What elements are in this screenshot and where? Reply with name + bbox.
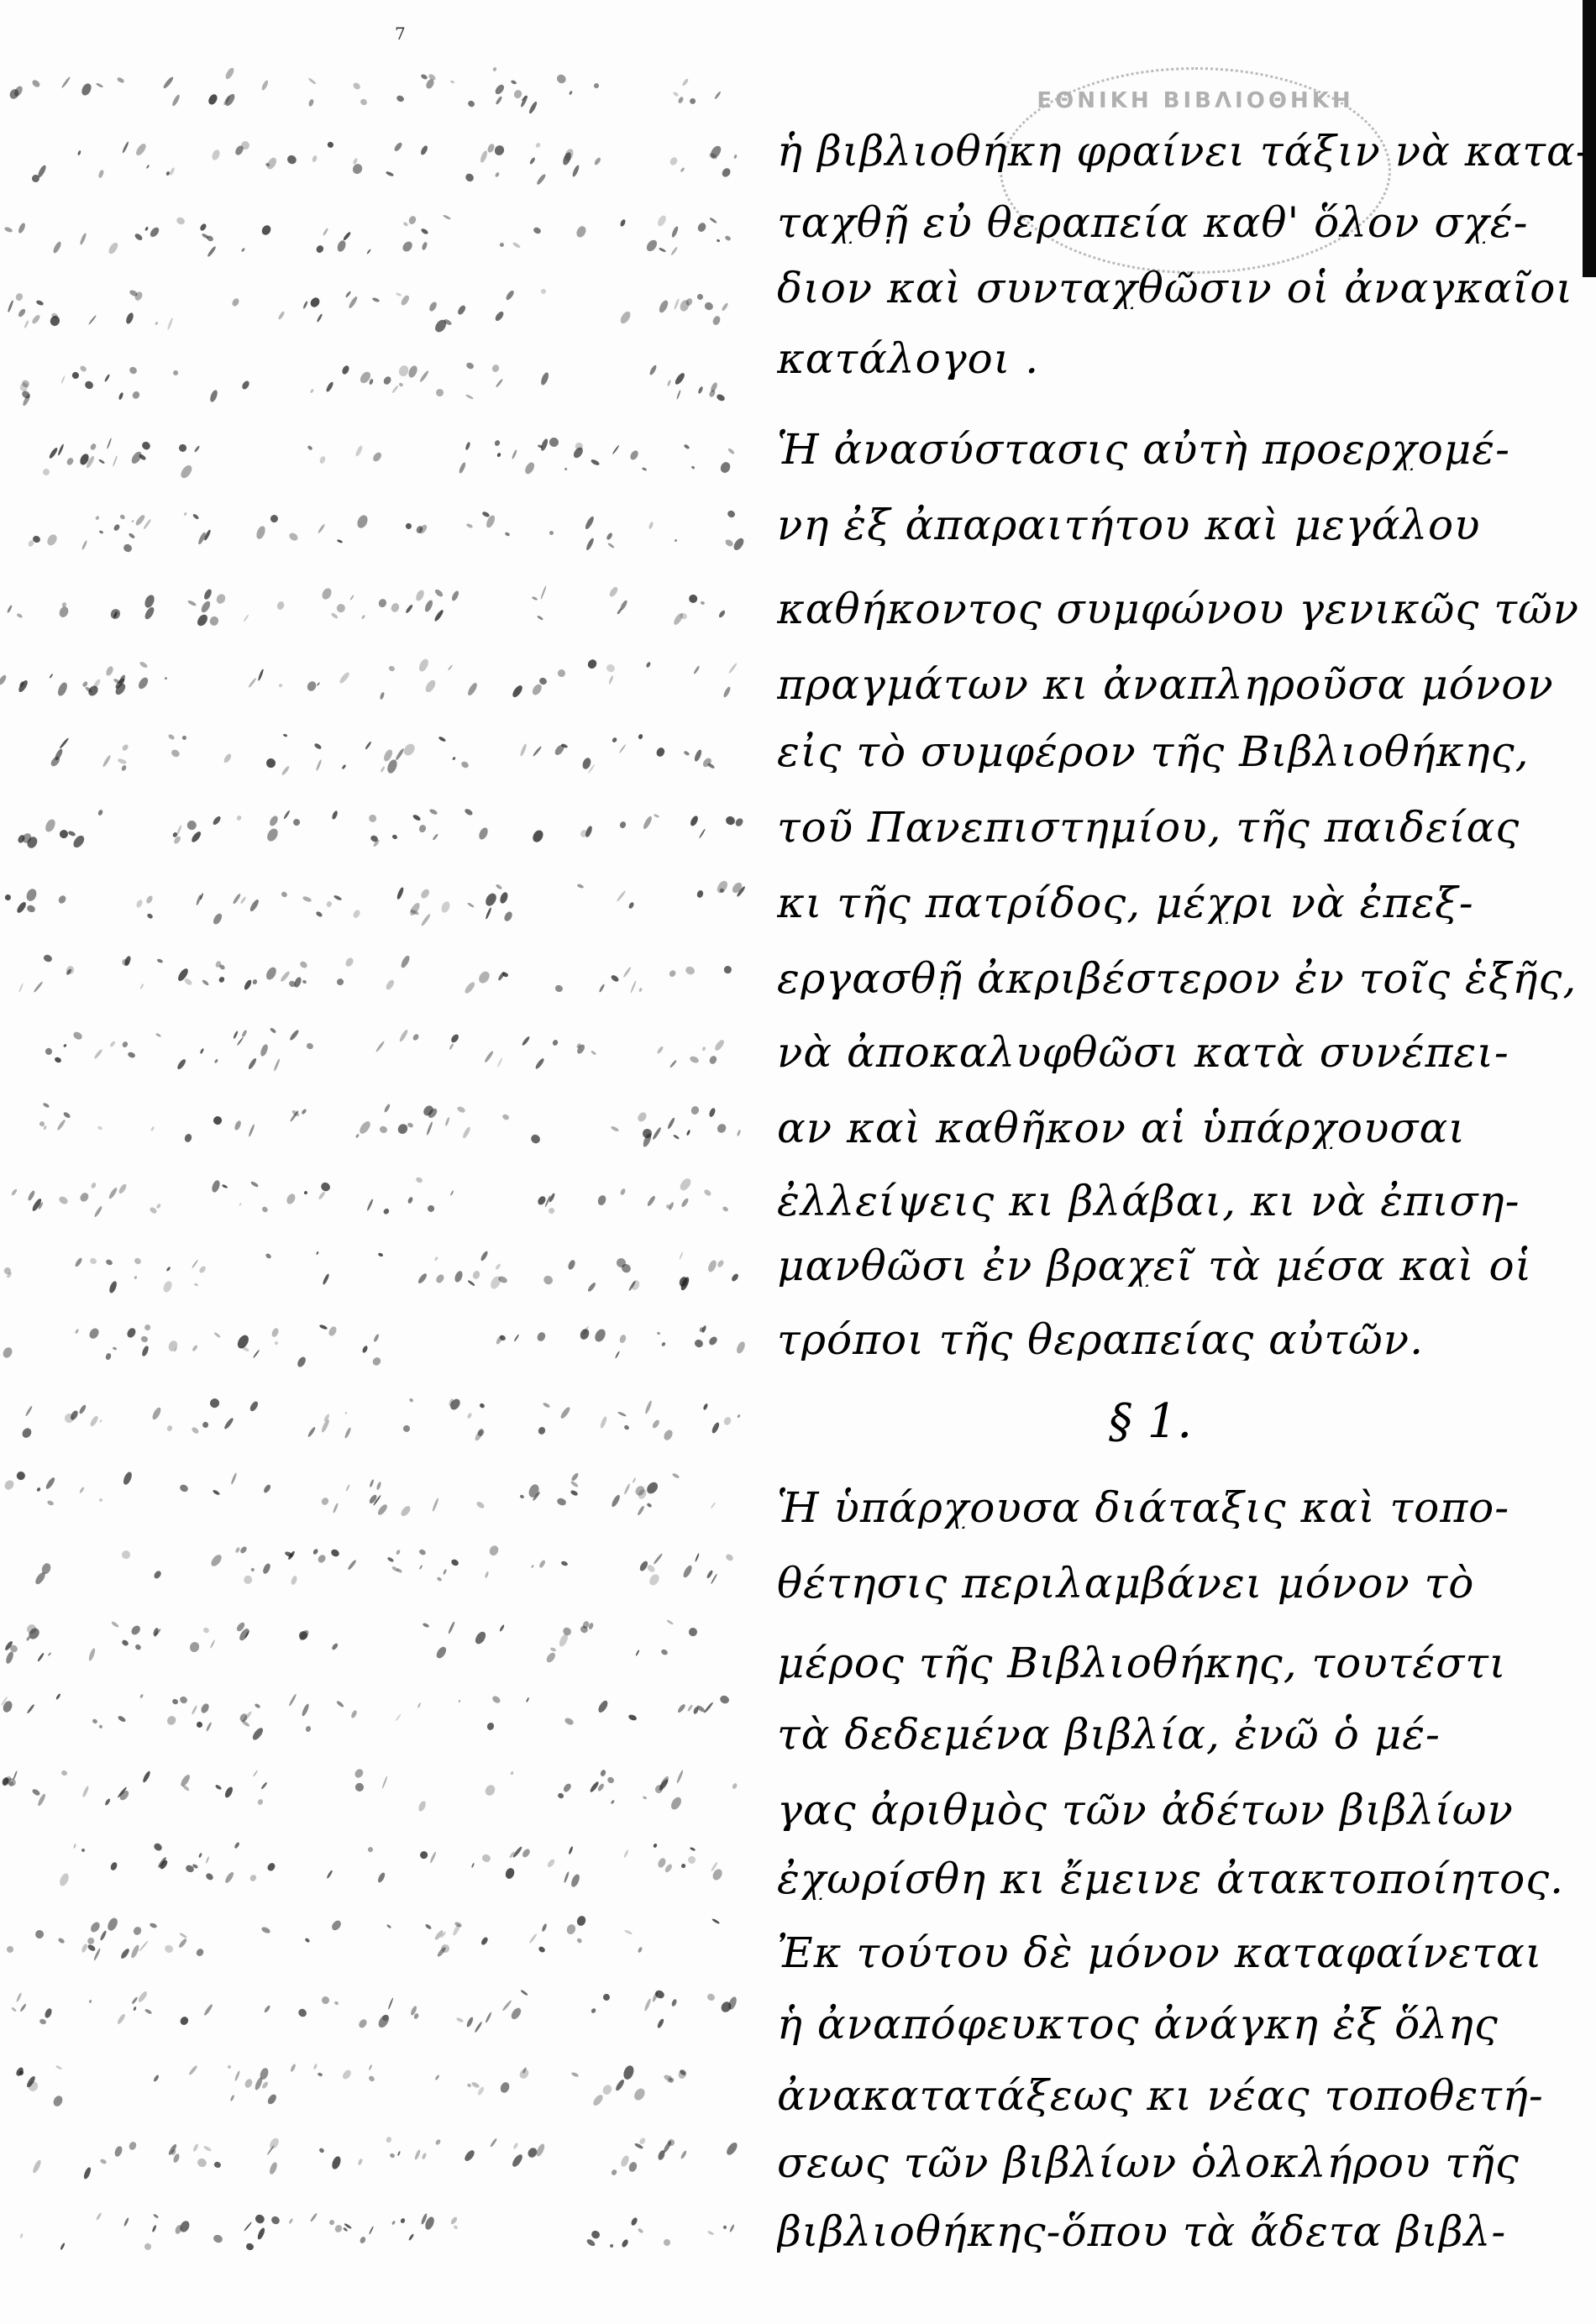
text-line: Ἡ ἀνασύστασις αὐτὴ προερχομέ- — [777, 428, 1583, 470]
text-line: ἐλλείψεις κι βλάβαι, κι νὰ ἐπιση- — [777, 1180, 1583, 1222]
text-line: τοῦ Πανεπιστημίου, τῆς παιδείας — [777, 806, 1583, 848]
text-line: ἐχωρίσθη κι ἔμεινε ἀτακτοποίητος. — [777, 1858, 1583, 1900]
bleed-through-area — [0, 0, 756, 2324]
text-line: κι τῆς πατρίδος, μέχρι νὰ ἐπεξ- — [777, 882, 1583, 924]
text-line: αν καὶ καθῆκον αἱ ὑπάρχουσαι — [777, 1107, 1583, 1149]
text-line: ἡ ἀναπόφευκτος ἀνάγκη ἐξ ὅλης — [777, 2003, 1583, 2045]
text-line: καθήκοντος συμφώνου γενικῶς τῶν — [777, 588, 1583, 630]
text-line: βιβλιοθήκης-ὅπου τὰ ἄδετα βιβλ- — [777, 2211, 1583, 2253]
text-line: νὰ ἀποκαλυφθῶσι κατὰ συνέπει- — [777, 1031, 1583, 1073]
text-line: ἀνακατατάξεως κι νέας τοποθετή- — [777, 2075, 1583, 2117]
text-line: Ἡ ὑπάρχουσα διάταξις καὶ τοπο- — [777, 1487, 1583, 1529]
text-line: σεως τῶν βιβλίων ὁλοκλήρου τῆς — [777, 2142, 1583, 2184]
text-line: διον καὶ συνταχθῶσιν οἱ ἀναγκαῖοι — [777, 267, 1583, 309]
margin-mark: 7 — [395, 24, 406, 44]
section-heading: § 1. — [1109, 1394, 1192, 1449]
text-line: πραγμάτων κι ἀναπληροῦσα μόνον — [777, 664, 1583, 706]
text-line: θέτησις περιλαμβάνει μόνον τὸ — [777, 1562, 1583, 1604]
manuscript-page: ΕΘΝΙΚΗ ΒΙΒΛΙΟΘΗΚΗ 7 ἡ βιβλιοθήκη φραίνει… — [0, 0, 1596, 2324]
text-line: εἰς τὸ συμφέρον τῆς Βιβλιοθήκης, — [777, 731, 1583, 773]
text-line: Ἐκ τούτου δὲ μόνον καταφαίνεται — [777, 1932, 1583, 1974]
text-line: τρόποι τῆς θεραπείας αὐτῶν. — [777, 1319, 1583, 1361]
text-line: κατάλογοι . — [777, 338, 1583, 380]
text-line: τὰ δεδεμένα βιβλία, ἐνῶ ὁ μέ- — [777, 1713, 1583, 1755]
text-line: μέρος τῆς Βιβλιοθήκης, τουτέστι — [777, 1642, 1583, 1684]
stamp-text: ΕΘΝΙΚΗ ΒΙΒΛΙΟΘΗΚΗ — [1002, 88, 1389, 113]
text-line: ἡ βιβλιοθήκη φραίνει τάξιν νὰ κατα- — [777, 130, 1583, 172]
text-line: ταχθῇ εὐ θεραπεία καθ' ὅλον σχέ- — [777, 202, 1583, 244]
text-line: εργασθῇ ἀκριβέστερον ἐν τοῖς ἑξῆς, — [777, 957, 1583, 999]
text-line: μανθῶσι ἐν βραχεῖ τὰ μέσα καὶ οἱ — [777, 1245, 1583, 1287]
scan-dark-edge — [1583, 0, 1596, 277]
text-line: γας ἀριθμὸς τῶν ἀδέτων βιβλίων — [777, 1789, 1583, 1831]
text-line: νη ἐξ ἀπαραιτήτου καὶ μεγάλου — [777, 504, 1583, 546]
